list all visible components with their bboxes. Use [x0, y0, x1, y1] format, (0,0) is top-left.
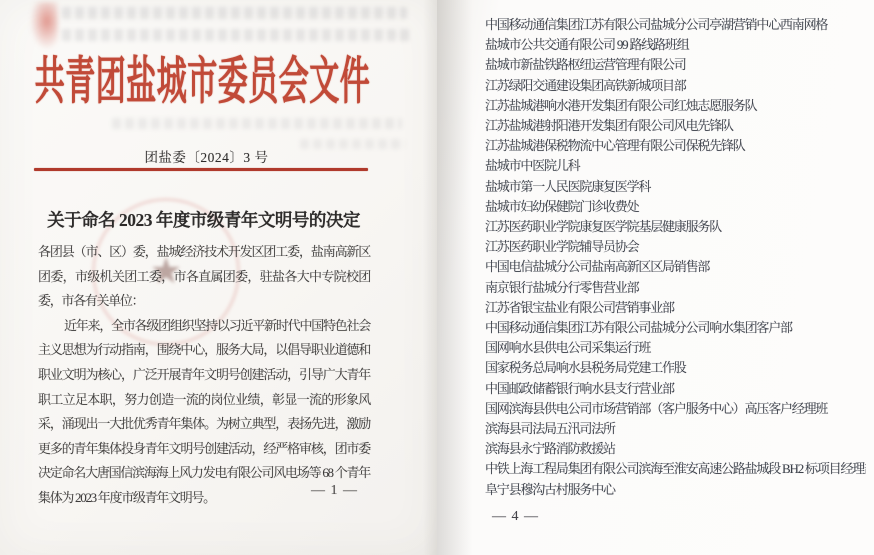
page-number-1: — 1 —	[311, 483, 358, 499]
bleed-through-text	[62, 7, 407, 19]
organization-list-item: 国网响水县供电公司采集运行班	[485, 338, 866, 358]
bleed-through-text	[112, 118, 402, 129]
organization-list-item: 盐城市中医院儿科	[485, 156, 866, 176]
organization-list-item: 国家税务总局响水县税务局党建工作股	[485, 358, 866, 378]
document-body: 各团县（市、区）委，盐城经济技术开发区团工委，盐南高新区团委，市级机关团工委，市…	[38, 240, 370, 511]
organization-list-item: 江苏医药职业学院辅导员协会	[485, 237, 866, 257]
organization-list-item: 滨海县永宁路消防救援站	[485, 439, 866, 459]
organization-list-item: 江苏省银宝盐业有限公司营销事业部	[485, 298, 866, 318]
document-page-4: 中国移动通信集团江苏有限公司盐城分公司亭湖营销中心西南网格盐城市公共交通有限公司…	[437, 0, 874, 555]
organization-list-item: 江苏医药职业学院康复医学院基层健康服务队	[485, 217, 866, 237]
organization-list-item: 江苏盐城港响水港开发集团有限公司红烛志愿服务队	[485, 96, 866, 116]
organization-list-item: 中国移动通信集团江苏有限公司盐城分公司亭湖营销中心西南网格	[485, 15, 866, 35]
document-number: 团盐委〔2024〕3 号	[0, 146, 413, 166]
page-number-4: — 4 —	[492, 509, 539, 525]
organization-list-item: 南京银行盐城分行零售营业部	[485, 278, 866, 298]
organization-list-item: 盐城市妇幼保健院门诊收费处	[485, 197, 866, 217]
organization-list-item: 盐城市公共交通有限公司 99 路线路班组	[485, 35, 866, 55]
document-title: 关于命名 2023 年度市级青年文明号的决定	[0, 207, 407, 232]
scanned-document-view: 共青团盐城市委员会文件 团盐委〔2024〕3 号 ★ 关于命名 2023 年度市…	[0, 0, 874, 555]
bleed-through-text	[62, 29, 412, 41]
organization-list-item: 中国邮政储蓄银行响水县支行营业部	[485, 379, 866, 399]
letterhead-title: 共青团盐城市委员会文件	[0, 54, 405, 112]
organization-list: 中国移动通信集团江苏有限公司盐城分公司亭湖营销中心西南网格盐城市公共交通有限公司…	[485, 15, 866, 500]
organization-list-item: 阜宁县穆沟古村服务中心	[485, 480, 866, 500]
red-smudge-mark	[30, 2, 58, 50]
body-paragraph-main: 近年来，全市各级团组织坚持以习近平新时代中国特色社会主义思想为行动指南，围绕中心…	[38, 314, 370, 511]
organization-list-item: 中铁上海工程局集团有限公司滨海至淮安高速公路盐城段 BH2 标项目经理部	[485, 459, 866, 479]
organization-list-item: 国网滨海县供电公司市场营销部（客户服务中心）高压客户经理班	[485, 399, 866, 419]
organization-list-item: 滨海县司法局五汛司法所	[485, 419, 866, 439]
organization-list-item: 江苏盐城港保税物流中心管理有限公司保税先锋队	[485, 136, 866, 156]
organization-list-item: 江苏绿阳交通建设集团高铁新城项目部	[485, 76, 866, 96]
body-paragraph-salutation: 各团县（市、区）委，盐城经济技术开发区团工委，盐南高新区团委，市级机关团工委，市…	[38, 240, 370, 314]
organization-list-item: 盐城市新盐铁路枢纽运营管理有限公司	[485, 55, 866, 75]
organization-list-item: 江苏盐城港射阳港开发集团有限公司风电先锋队	[485, 116, 866, 136]
organization-list-item: 中国电信盐城分公司盐南高新区区局销售部	[485, 257, 866, 277]
red-divider-line	[34, 168, 368, 171]
document-page-1: 共青团盐城市委员会文件 团盐委〔2024〕3 号 ★ 关于命名 2023 年度市…	[0, 0, 437, 555]
organization-list-item: 盐城市第一人民医院康复医学科	[485, 177, 866, 197]
organization-list-item: 中国移动通信集团江苏有限公司盐城分公司响水集团客户部	[485, 318, 866, 338]
